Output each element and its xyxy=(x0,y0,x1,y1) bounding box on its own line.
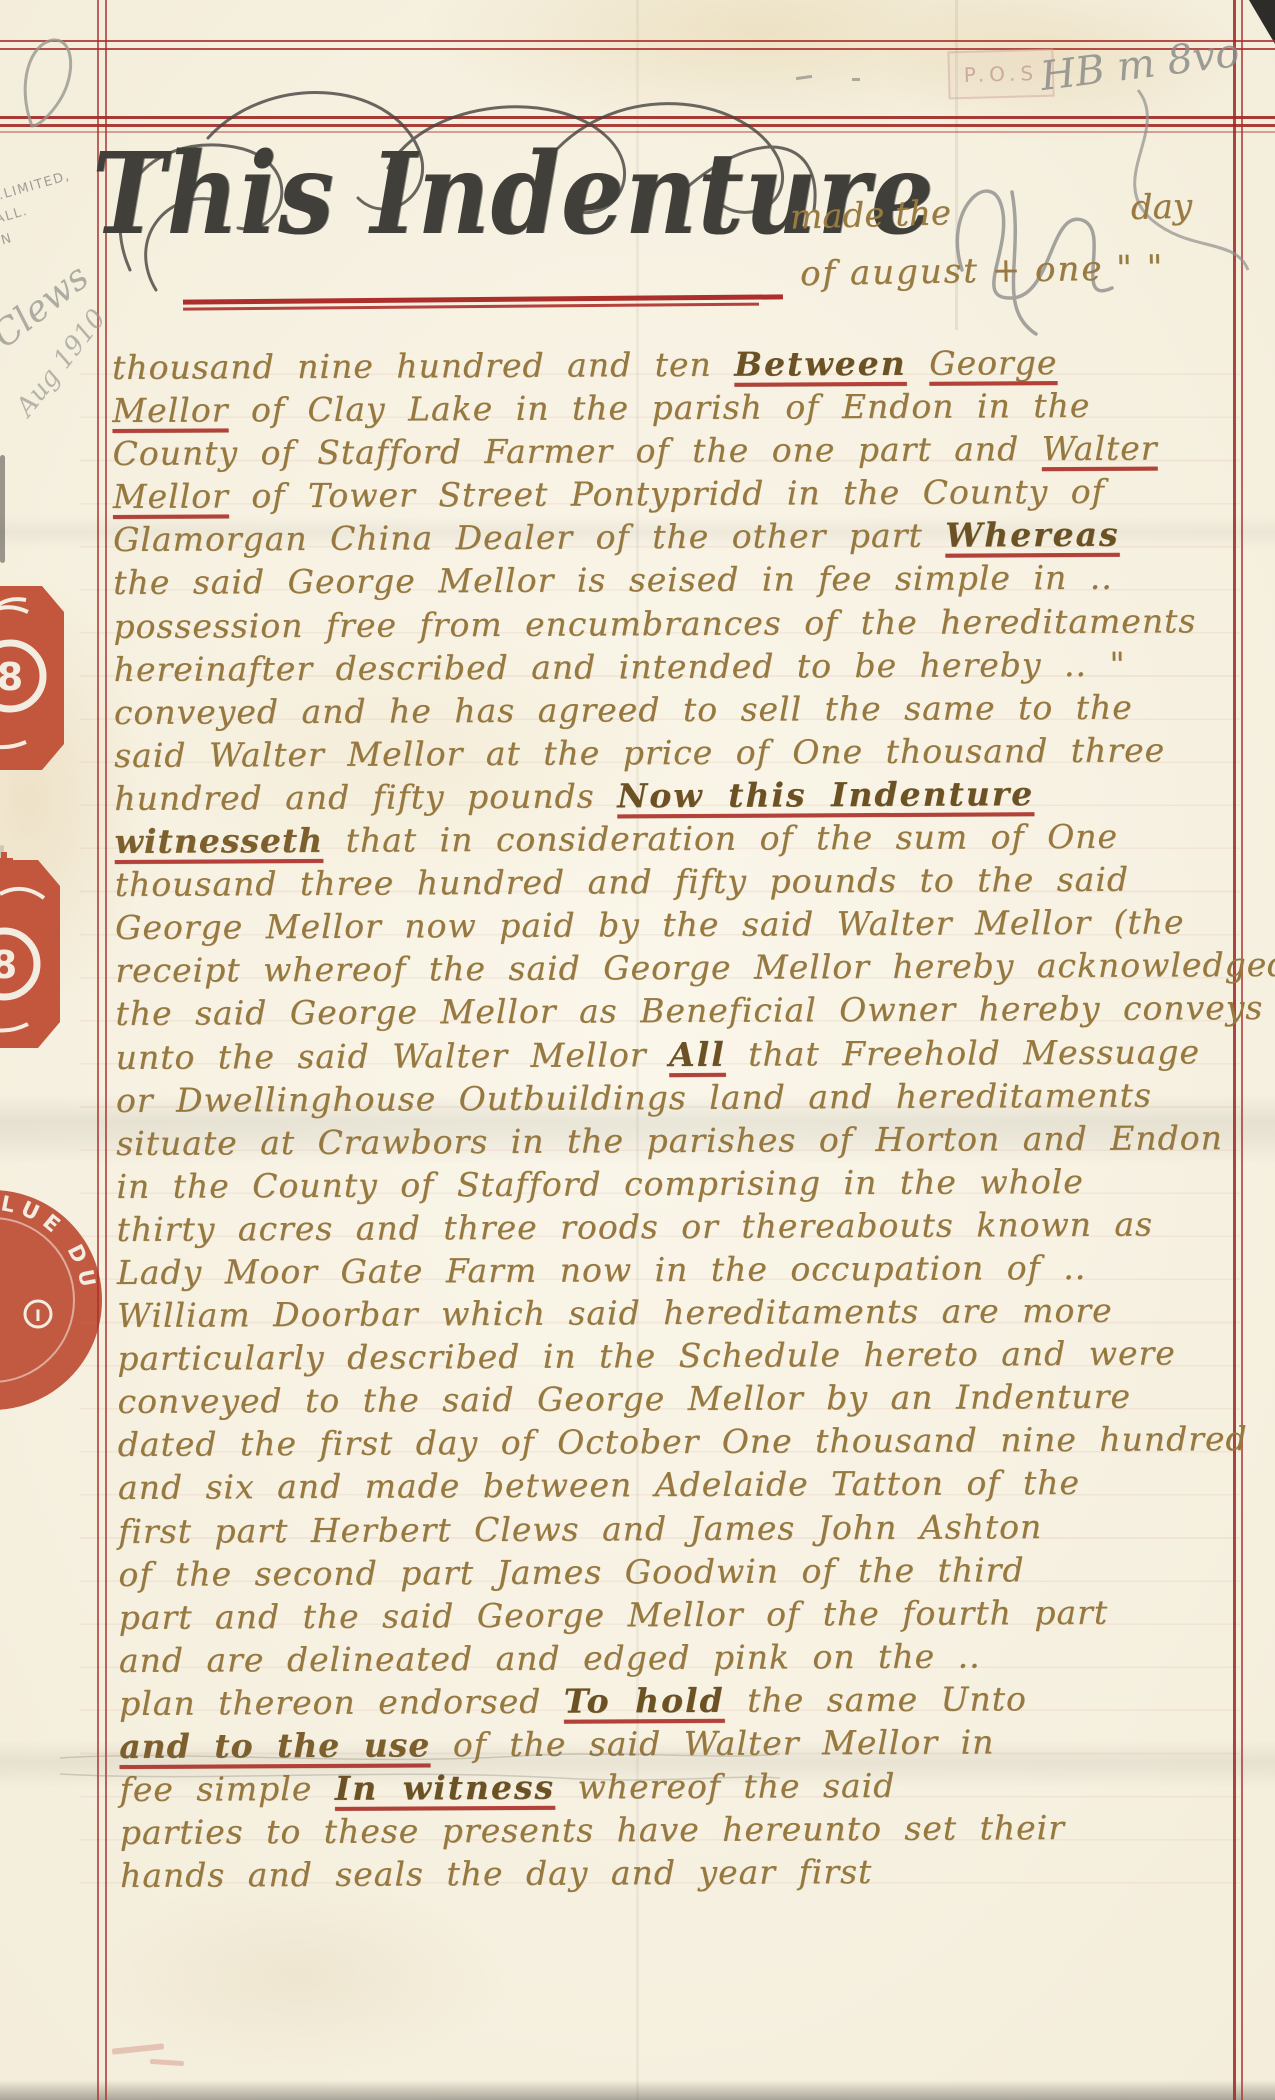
handwritten-text: thousand three hundred and fifty pounds … xyxy=(115,860,1129,904)
handwritten-text: hands and seals the day and year first xyxy=(120,1852,872,1895)
ruled-line-horizontal xyxy=(0,40,1275,42)
document-line: the said George Mellor is seised in fee … xyxy=(113,556,1243,605)
document-line: hereinafter described and intended to be… xyxy=(114,642,1244,691)
document-body: thousand nine hundred and ten Between Ge… xyxy=(112,340,1250,1897)
emphasized-text: Mellor xyxy=(112,390,228,430)
emphasized-text: To hold xyxy=(564,1681,725,1721)
document-line: parties to these presents have hereunto … xyxy=(120,1805,1250,1854)
emphasized-text: Mellor xyxy=(113,477,229,517)
handwritten-text: first part Herbert Clews and James John … xyxy=(118,1507,1042,1551)
gray-oval-stamp-fragment: S.LIMITED, ALL. N xyxy=(0,166,85,253)
document-line: unto the said Walter Mellor All that Fre… xyxy=(116,1030,1246,1079)
scan-edge-shadow xyxy=(0,2080,1275,2100)
document-line: in the County of Stafford comprising in … xyxy=(116,1159,1246,1208)
document-line: situate at Crawbors in the parishes of H… xyxy=(116,1116,1246,1165)
scanned-indenture-page: { "document": { "title": "This Indenture… xyxy=(0,0,1275,2100)
handwritten-text: parties to these presents have hereunto … xyxy=(120,1808,1065,1852)
handwritten-text: particularly described in the Schedule h… xyxy=(117,1334,1176,1379)
svg-text:8: 8 xyxy=(0,655,23,699)
document-line: thousand three hundred and fifty pounds … xyxy=(115,857,1245,906)
handwritten-text: plan thereon endorsed xyxy=(119,1682,564,1723)
document-line: hands and seals the day and year first xyxy=(120,1848,1250,1897)
handwritten-text: situate at Crawbors in the parishes of H… xyxy=(116,1118,1223,1163)
handwritten-text: dated the first day of October One thous… xyxy=(118,1419,1248,1464)
document-line: plan thereon endorsed To hold the same U… xyxy=(119,1676,1249,1725)
handwritten-text: thirty acres and three roods or thereabo… xyxy=(117,1204,1154,1248)
document-line: and are delineated and edged pink on the… xyxy=(119,1633,1249,1682)
handwritten-text: possession free from encumbrances of the… xyxy=(113,601,1196,646)
scan-corner xyxy=(1249,0,1275,44)
emphasized-text: All xyxy=(669,1034,726,1073)
document-line: of the second part James Goodwin of the … xyxy=(118,1547,1248,1596)
document-line: Glamorgan China Dealer of the other part… xyxy=(113,512,1243,561)
faint-red-mark xyxy=(112,2043,164,2054)
handwritten-text: George Mellor now paid by the said Walte… xyxy=(115,903,1185,948)
svg-text:I: I xyxy=(35,1306,41,1325)
svg-text:8: 8 xyxy=(0,943,17,987)
august-line: of august + one " " xyxy=(800,248,1165,294)
handwritten-text: or Dwellinghouse Outbuildings land and h… xyxy=(116,1075,1152,1119)
handwritten-text: of Tower Street Pontypridd in the County… xyxy=(229,472,1105,516)
document-line: the said George Mellor as Beneficial Own… xyxy=(115,986,1245,1035)
document-line: conveyed and he has agreed to sell the s… xyxy=(114,685,1244,734)
handwritten-text: in the County of Stafford comprising in … xyxy=(116,1162,1084,1206)
handwritten-text: thousand nine hundred and ten xyxy=(112,345,734,387)
title-block: This Indenture xyxy=(86,80,826,325)
document-line: County of Stafford Farmer of the one par… xyxy=(112,426,1242,475)
handwritten-text: Lady Moor Gate Farm now in the occupatio… xyxy=(117,1248,1087,1292)
revenue-stamp-8-b: 8 NGS xyxy=(0,846,68,1056)
pencil-tick xyxy=(852,78,860,81)
handwritten-text xyxy=(907,344,930,383)
handwritten-text: the said George Mellor is seised in fee … xyxy=(113,558,1113,602)
document-line: Mellor of Tower Street Pontypridd in the… xyxy=(113,469,1243,518)
revenue-stamp-8-a: 8 NDS xyxy=(0,578,72,778)
handwritten-text: and are delineated and edged pink on the… xyxy=(119,1636,981,1680)
handwritten-text: that in consideration of the sum of One xyxy=(323,817,1118,860)
emphasized-text: Now this Indenture xyxy=(617,774,1034,815)
document-line: thirty acres and three roods or thereabo… xyxy=(117,1202,1247,1251)
handwritten-text: conveyed and he has agreed to sell the s… xyxy=(114,687,1133,731)
document-line: thousand nine hundred and ten Between Ge… xyxy=(112,340,1242,389)
handwritten-text: said Walter Mellor at the price of One t… xyxy=(114,730,1165,775)
handwritten-text: hundred and fifty pounds xyxy=(114,776,617,818)
document-title: This Indenture xyxy=(92,128,935,260)
handwritten-text: the same Unto xyxy=(725,1679,1027,1720)
document-line: conveyed to the said George Mellor by an… xyxy=(117,1374,1247,1423)
document-line: said Walter Mellor at the price of One t… xyxy=(114,728,1244,777)
document-line: particularly described in the Schedule h… xyxy=(117,1331,1247,1380)
handwritten-text: County of Stafford Farmer of the one par… xyxy=(112,429,1041,473)
emphasized-text: Between xyxy=(734,344,907,384)
handwritten-text: unto the said Walter Mellor xyxy=(116,1035,670,1077)
handwritten-text: conveyed to the said George Mellor by an… xyxy=(117,1377,1131,1421)
document-line: William Doorbar which said hereditaments… xyxy=(117,1288,1247,1337)
document-line: hundred and fifty pounds Now this Indent… xyxy=(114,771,1244,820)
document-line: Lady Moor Gate Farm now in the occupatio… xyxy=(117,1245,1247,1294)
wrinkle-lines xyxy=(60,1744,780,1788)
pencil-loop-mark xyxy=(14,34,84,134)
emphasized-text: George xyxy=(929,343,1057,383)
handwritten-text: William Doorbar which said hereditaments… xyxy=(117,1291,1113,1335)
document-line: dated the first day of October One thous… xyxy=(118,1417,1248,1466)
handwritten-text: of Clay Lake in the parish of Endon in t… xyxy=(228,386,1090,430)
emphasized-text: Whereas xyxy=(945,515,1120,555)
emphasized-text: witnesseth xyxy=(114,821,323,861)
handwritten-text: of the second part James Goodwin of the … xyxy=(118,1550,1024,1594)
handwritten-text: the said George Mellor as Beneficial Own… xyxy=(115,988,1263,1033)
document-line: Mellor of Clay Lake in the parish of End… xyxy=(112,383,1242,432)
handwritten-text: that Freehold Messuage xyxy=(726,1032,1200,1073)
document-line: George Mellor now paid by the said Walte… xyxy=(115,900,1245,949)
handwritten-text: hereinafter described and intended to be… xyxy=(114,644,1126,688)
emphasized-text: Walter xyxy=(1042,429,1158,469)
scan-edge xyxy=(0,455,5,563)
handwritten-text: part and the said George Mellor of the f… xyxy=(119,1593,1109,1637)
document-line: witnesseth that in consideration of the … xyxy=(114,814,1244,863)
document-line: part and the said George Mellor of the f… xyxy=(119,1590,1249,1639)
faint-red-mark xyxy=(150,2059,184,2066)
document-line: receipt whereof the said George Mellor h… xyxy=(115,943,1245,992)
handwritten-text: Glamorgan China Dealer of the other part xyxy=(113,516,945,559)
handwritten-text: and six and made between Adelaide Tatton… xyxy=(118,1463,1080,1507)
document-line: first part Herbert Clews and James John … xyxy=(118,1504,1248,1553)
document-line: or Dwellinghouse Outbuildings land and h… xyxy=(116,1073,1246,1122)
document-line: and six and made between Adelaide Tatton… xyxy=(118,1461,1248,1510)
handwritten-text: receipt whereof the said George Mellor h… xyxy=(115,945,1275,990)
document-line: possession free from encumbrances of the… xyxy=(113,599,1243,648)
